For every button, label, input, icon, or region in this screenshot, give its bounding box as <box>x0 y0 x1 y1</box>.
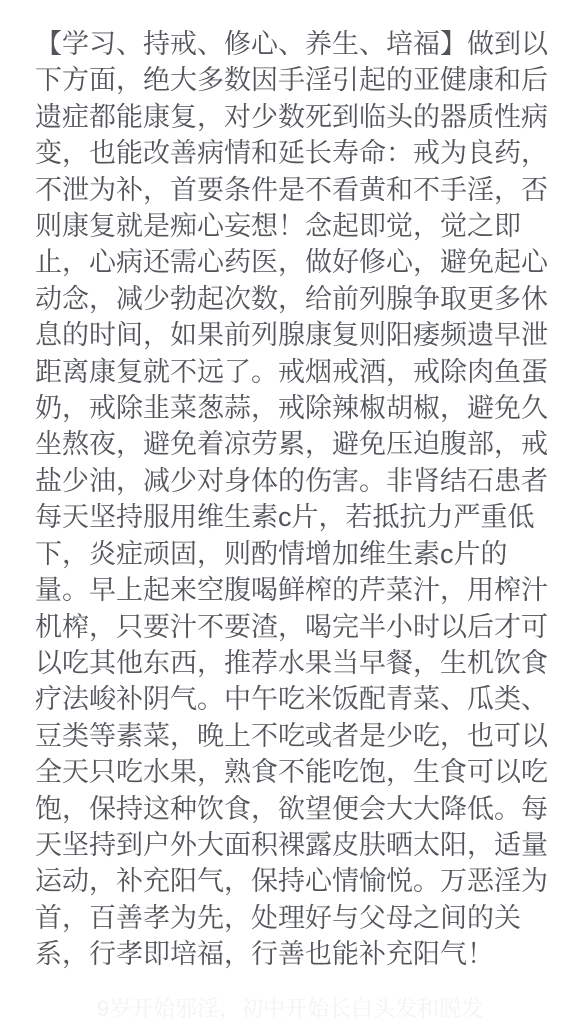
article-paragraph: 【学习、持戒、修心、养生、培福】做到以下方面，绝大多数因手淫引起的亚健康和后遗症… <box>35 26 552 973</box>
next-section-preview-faded: 9岁开始邪淫，初中开始长白头发和脱发 <box>0 994 580 1024</box>
article-page: 【学习、持戒、修心、养生、培福】做到以下方面，绝大多数因手淫引起的亚健康和后遗症… <box>0 0 580 1027</box>
